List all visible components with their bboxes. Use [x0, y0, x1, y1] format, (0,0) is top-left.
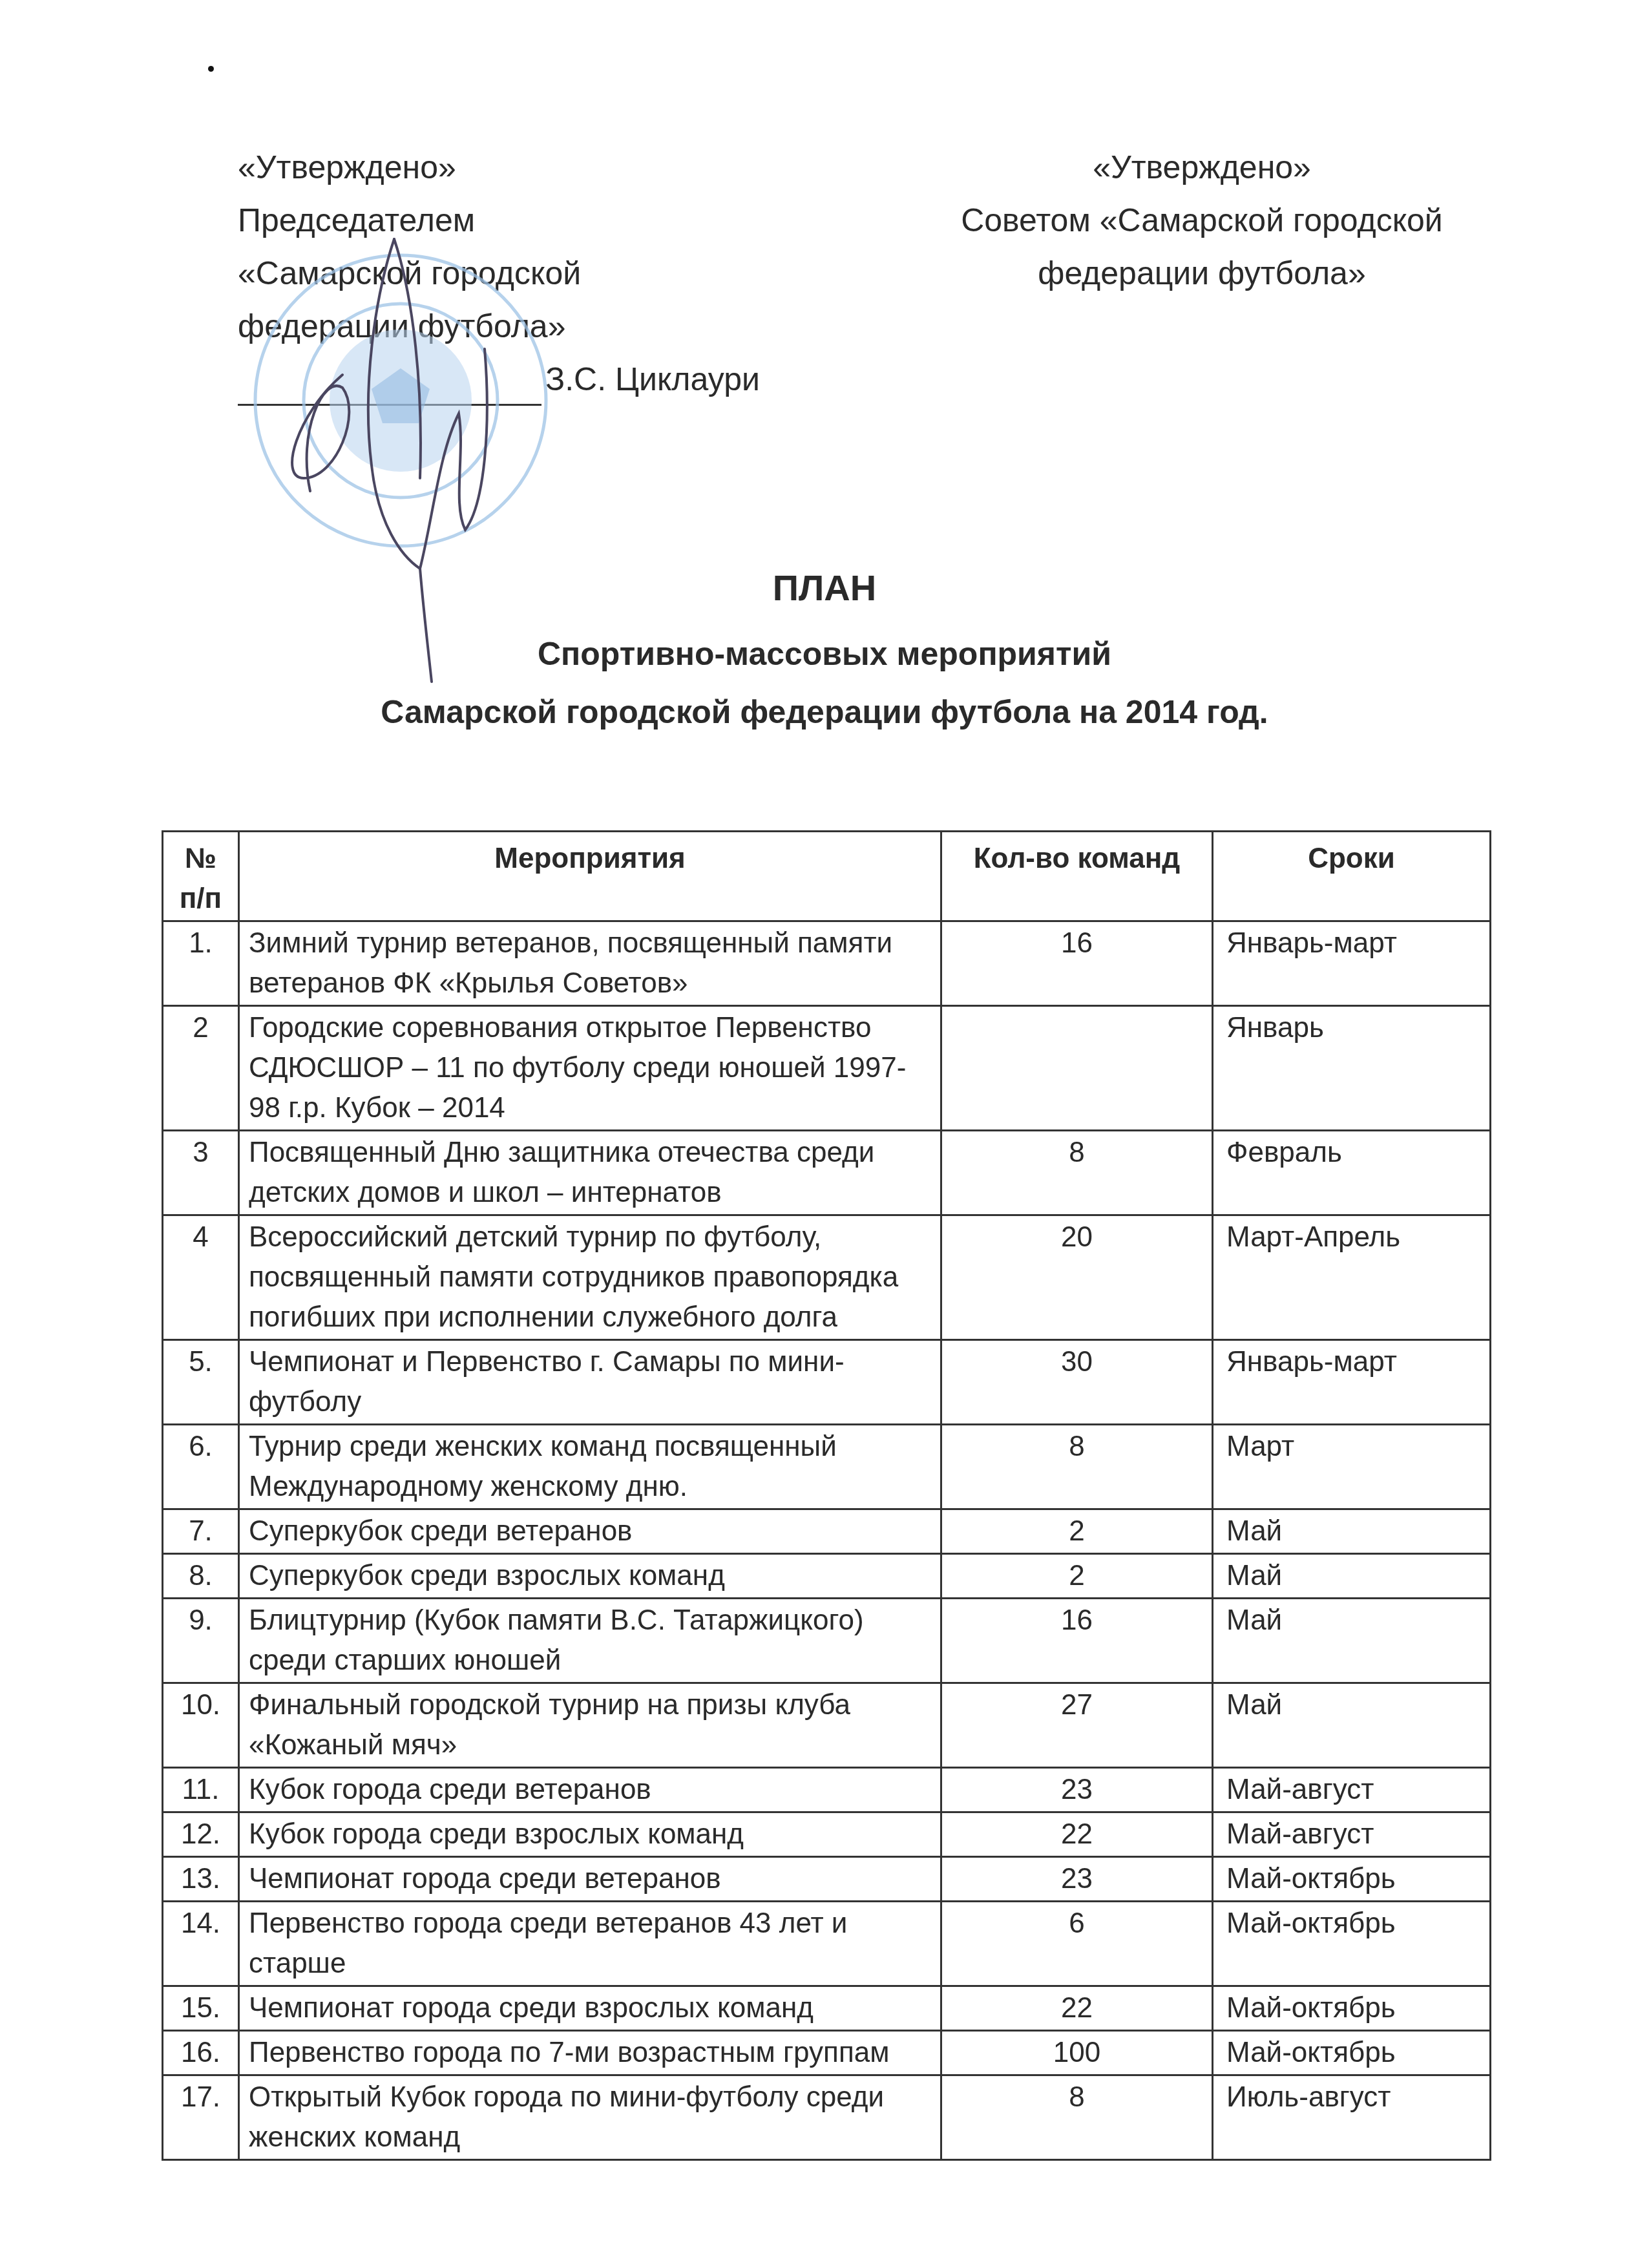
document-title: ПЛАН Спортивно-массовых мероприятий Сама… — [0, 562, 1649, 738]
event-period: Май-октябрь — [1213, 1986, 1491, 2031]
row-number: 3 — [163, 1131, 239, 1215]
event-name: Чемпионат города среди взрослых команд — [239, 1986, 941, 2031]
event-name: Блицтурнир (Кубок памяти В.С. Татаржицко… — [239, 1599, 941, 1683]
table-row: 17.Открытый Кубок города по мини-футболу… — [163, 2075, 1491, 2160]
approval-line: «Утверждено» — [238, 141, 760, 194]
row-number: 5. — [163, 1340, 239, 1425]
row-number: 12. — [163, 1812, 239, 1857]
approval-line: «Утверждено» — [918, 141, 1486, 194]
row-number: 9. — [163, 1599, 239, 1683]
event-name: Зимний турнир ветеранов, посвященный пам… — [239, 921, 941, 1006]
table-row: 14.Первенство города среди ветеранов 43 … — [163, 1902, 1491, 1986]
event-period: Февраль — [1213, 1131, 1491, 1215]
team-count: 16 — [941, 1599, 1213, 1683]
event-period: Март — [1213, 1425, 1491, 1509]
team-count: 8 — [941, 1131, 1213, 1215]
approval-line: Советом «Самарской городской — [918, 194, 1486, 247]
table-row: 12.Кубок города среди взрослых команд22М… — [163, 1812, 1491, 1857]
team-count: 22 — [941, 1986, 1213, 2031]
event-period: Май — [1213, 1683, 1491, 1768]
team-count: 100 — [941, 2031, 1213, 2075]
team-count: 20 — [941, 1215, 1213, 1340]
row-number: 4 — [163, 1215, 239, 1340]
events-table: № п/п Мероприятия Кол-во команд Сроки 1.… — [162, 830, 1491, 2161]
table-row: 6.Турнир среди женских команд посвященны… — [163, 1425, 1491, 1509]
team-count: 16 — [941, 921, 1213, 1006]
event-period: Май-октябрь — [1213, 1857, 1491, 1902]
event-name: Посвященный Дню защитника отечества сред… — [239, 1131, 941, 1215]
approval-block-council: «Утверждено» Советом «Самарской городско… — [918, 141, 1486, 300]
title-main: ПЛАН — [0, 562, 1649, 614]
event-period: Май — [1213, 1509, 1491, 1554]
team-count: 22 — [941, 1812, 1213, 1857]
table-row: 4Всероссийский детский турнир по футболу… — [163, 1215, 1491, 1340]
table-row: 3Посвященный Дню защитника отечества сре… — [163, 1131, 1491, 1215]
event-period: Январь-март — [1213, 921, 1491, 1006]
scan-speck — [208, 66, 214, 72]
title-subtitle: Спортивно-массовых мероприятий — [0, 628, 1649, 680]
event-name: Суперкубок среди взрослых команд — [239, 1554, 941, 1599]
table-row: 10.Финальный городской турнир на призы к… — [163, 1683, 1491, 1768]
event-period: Май-август — [1213, 1768, 1491, 1812]
event-period: Май — [1213, 1599, 1491, 1683]
row-number: 2 — [163, 1006, 239, 1131]
signatory-name: З.С. Циклаури — [545, 361, 760, 397]
table-row: 8.Суперкубок среди взрослых команд2Май — [163, 1554, 1491, 1599]
event-name: Всероссийский детский турнир по футболу,… — [239, 1215, 941, 1340]
event-name: Кубок города среди взрослых команд — [239, 1812, 941, 1857]
approval-line: федерации футбола» — [238, 300, 760, 353]
team-count: 23 — [941, 1768, 1213, 1812]
row-number: 13. — [163, 1857, 239, 1902]
header-period: Сроки — [1213, 832, 1491, 921]
team-count — [941, 1006, 1213, 1131]
row-number: 17. — [163, 2075, 239, 2160]
table-row: 9.Блицтурнир (Кубок памяти В.С. Татаржиц… — [163, 1599, 1491, 1683]
team-count: 6 — [941, 1902, 1213, 1986]
team-count: 30 — [941, 1340, 1213, 1425]
event-period: Май — [1213, 1554, 1491, 1599]
team-count: 27 — [941, 1683, 1213, 1768]
event-name: Суперкубок среди ветеранов — [239, 1509, 941, 1554]
event-name: Первенство города среди ветеранов 43 лет… — [239, 1902, 941, 1986]
event-name: Открытый Кубок города по мини-футболу ср… — [239, 2075, 941, 2160]
team-count: 23 — [941, 1857, 1213, 1902]
event-period: Май-октябрь — [1213, 1902, 1491, 1986]
table-header-row: № п/п Мероприятия Кол-во команд Сроки — [163, 832, 1491, 921]
approval-line: «Самарской городской — [238, 247, 760, 300]
event-name: Чемпионат и Первенство г. Самары по мини… — [239, 1340, 941, 1425]
table-row: 16.Первенство города по 7-ми возрастным … — [163, 2031, 1491, 2075]
event-period: Январь — [1213, 1006, 1491, 1131]
team-count: 8 — [941, 1425, 1213, 1509]
table-row: 1.Зимний турнир ветеранов, посвященный п… — [163, 921, 1491, 1006]
header-count: Кол-во команд — [941, 832, 1213, 921]
table-row: 2Городские соревнования открытое Первенс… — [163, 1006, 1491, 1131]
team-count: 8 — [941, 2075, 1213, 2160]
row-number: 10. — [163, 1683, 239, 1768]
row-number: 6. — [163, 1425, 239, 1509]
table-row: 5.Чемпионат и Первенство г. Самары по ми… — [163, 1340, 1491, 1425]
table-row: 15.Чемпионат города среди взрослых коман… — [163, 1986, 1491, 2031]
event-period: Май-октябрь — [1213, 2031, 1491, 2075]
event-name: Турнир среди женских команд посвященный … — [239, 1425, 941, 1509]
row-number: 16. — [163, 2031, 239, 2075]
event-name: Кубок города среди ветеранов — [239, 1768, 941, 1812]
event-period: Январь-март — [1213, 1340, 1491, 1425]
approval-line: Председателем — [238, 194, 760, 247]
signature-row: З.С. Циклаури — [238, 353, 760, 406]
event-period: Март-Апрель — [1213, 1215, 1491, 1340]
title-subtitle-2: Самарской городской федерации футбола на… — [0, 686, 1649, 738]
event-name: Чемпионат города среди ветеранов — [239, 1857, 941, 1902]
event-name: Городские соревнования открытое Первенст… — [239, 1006, 941, 1131]
team-count: 2 — [941, 1554, 1213, 1599]
table-row: 13.Чемпионат города среди ветеранов23Май… — [163, 1857, 1491, 1902]
row-number: 1. — [163, 921, 239, 1006]
table-row: 11.Кубок города среди ветеранов23Май-авг… — [163, 1768, 1491, 1812]
row-number: 15. — [163, 1986, 239, 2031]
event-name: Финальный городской турнир на призы клуб… — [239, 1683, 941, 1768]
event-name: Первенство города по 7-ми возрастным гру… — [239, 2031, 941, 2075]
header-number: № п/п — [163, 832, 239, 921]
header-event: Мероприятия — [239, 832, 941, 921]
row-number: 14. — [163, 1902, 239, 1986]
row-number: 11. — [163, 1768, 239, 1812]
approval-block-chairman: «Утверждено» Председателем «Самарской го… — [238, 141, 760, 406]
row-number: 7. — [163, 1509, 239, 1554]
signature-line — [238, 372, 541, 406]
table-row: 7.Суперкубок среди ветеранов2Май — [163, 1509, 1491, 1554]
row-number: 8. — [163, 1554, 239, 1599]
event-period: Май-август — [1213, 1812, 1491, 1857]
approval-line: федерации футбола» — [918, 247, 1486, 300]
team-count: 2 — [941, 1509, 1213, 1554]
event-period: Июль-август — [1213, 2075, 1491, 2160]
